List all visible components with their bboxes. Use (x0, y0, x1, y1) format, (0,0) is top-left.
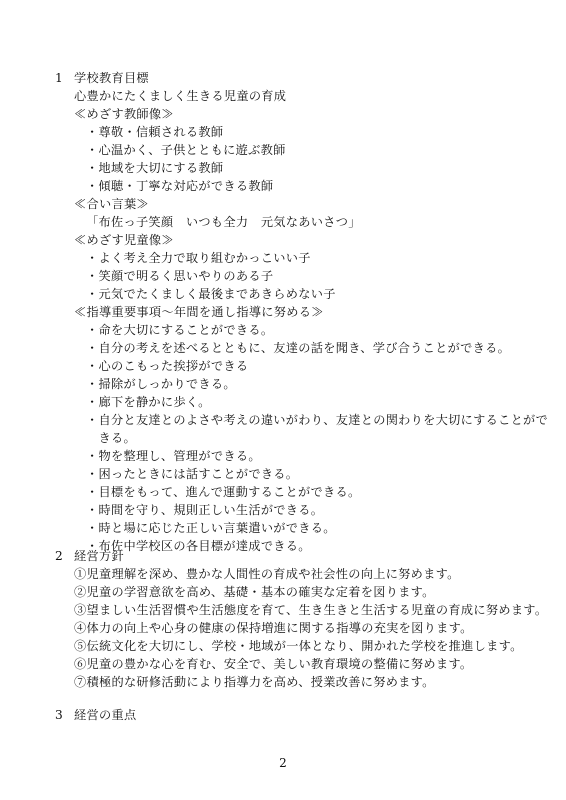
teacher-image-item: ・心温かく、子供とともに遊ぶ教師 (86, 141, 286, 159)
page-number: 2 (0, 756, 566, 770)
guidance-item: ・時と場に応じた正しい言葉遣いができる。 (86, 519, 336, 537)
policy-item: ③望ましい生活習慣や生活態度を育て、生き生きと生活する児童の育成に努めます。 (74, 601, 547, 619)
motto-header: ≪合い言葉≫ (74, 195, 149, 213)
section-1-title: 学校教育目標 (74, 69, 149, 87)
child-image-item: ・よく考え全力で取り組むかっこいい子 (86, 249, 311, 267)
child-image-item: ・笑顔で明るく思いやりのある子 (86, 267, 273, 285)
section-3-number: 3 (55, 706, 63, 724)
school-goal: 心豊かにたくましく生きる児童の育成 (74, 87, 286, 105)
guidance-item: ・廊下を静かに歩く。 (86, 393, 211, 411)
policy-item: ⑤伝統文化を大切にし、学校・地域が一体となり、開かれた学校を推進します。 (74, 637, 523, 655)
section-3-title: 経営の重点 (74, 706, 136, 724)
policy-item: ②児童の学習意欲を高め、基礎・基本の確実な定着を図ります。 (74, 583, 435, 601)
guidance-item: ・目標をもって、進んで運動することができる。 (86, 483, 360, 501)
guidance-item: ・心のこもった挨拶ができる (86, 357, 248, 375)
child-image-item: ・元気でたくましく最後まであきらめない子 (86, 285, 336, 303)
guidance-item: ・掃除がしっかりできる。 (86, 375, 236, 393)
policy-item: ⑥児童の豊かな心を育む、安全で、美しい教育環境の整備に努めます。 (74, 655, 472, 673)
section-2-number: 2 (55, 547, 63, 565)
guidance-header: ≪指導重要事項～年間を通し指導に努める≫ (74, 303, 324, 321)
teacher-image-item: ・傾聴・丁寧な対応ができる教師 (86, 177, 273, 195)
motto: 「布佐っ子笑顔 いつも全力 元気なあいさつ」 (86, 213, 361, 231)
document-page: 1 学校教育目標 心豊かにたくましく生きる児童の育成 ≪めざす教師像≫ ・尊敬・… (0, 0, 566, 800)
guidance-item: ・自分の考えを述べるとともに、友達の話を聞き、学び合うことができる。 (86, 339, 510, 357)
guidance-item-continued: きる。 (86, 429, 136, 447)
guidance-item: ・時間を守り、規則正しい生活ができる。 (86, 501, 323, 519)
teacher-image-header: ≪めざす教師像≫ (74, 105, 174, 123)
policy-item: ⑦積極的な研修活動により指導力を高め、授業改善に努めます。 (74, 673, 435, 691)
policy-item: ①児童理解を深め、豊かな人間性の育成や社会性の向上に努めます。 (74, 565, 460, 583)
guidance-item: ・自分と友達とのよさや考えの違いがわり、友達との関わりを大切にすることがで (86, 411, 548, 429)
teacher-image-item: ・尊敬・信頼される教師 (86, 123, 223, 141)
policy-item: ④体力の向上や心身の健康の保持増進に関する指導の充実を図ります。 (74, 619, 473, 637)
guidance-item: ・命を大切にすることができる。 (86, 321, 273, 339)
section-1-number: 1 (55, 69, 63, 87)
section-2-title: 経営方針 (74, 547, 124, 565)
child-image-header: ≪めざす児童像≫ (74, 231, 174, 249)
guidance-item: ・物を整理し、管理ができる。 (86, 447, 261, 465)
teacher-image-item: ・地域を大切にする教師 (86, 159, 223, 177)
guidance-item: ・困ったときには話すことができる。 (86, 465, 298, 483)
